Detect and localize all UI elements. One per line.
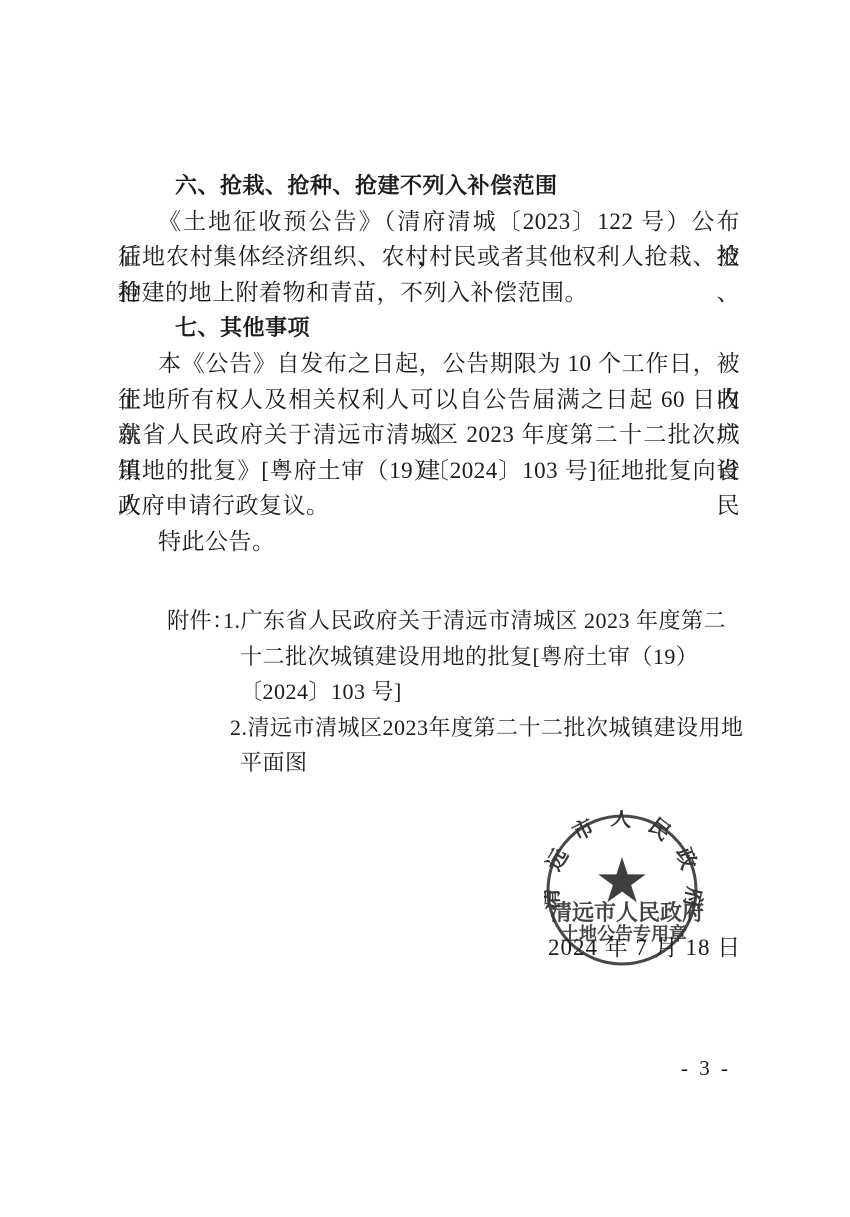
attachment-list: 附件： 1.广东省人民政府关于清远市清城区 2023 年度第二 十二批次城镇建设… bbox=[167, 603, 757, 781]
attachment-item1-line2: 十二批次城镇建设用地的批复[粤府土审（19） bbox=[167, 639, 757, 675]
paragraph-line: 用地的批复》[粤府土审（19）〔2024〕103 号]征地批复向省人民 bbox=[118, 453, 740, 489]
attachment-item1-line1: 1.广东省人民政府关于清远市清城区 2023 年度第二 bbox=[223, 603, 726, 639]
attachment-item2-line1: 2.清远市清城区2023年度第二十二批次城镇建设用地 bbox=[167, 710, 757, 746]
attachment-item1-line3: 〔2024〕103 号] bbox=[167, 674, 757, 710]
attachment-label: 附件： bbox=[167, 603, 223, 639]
issue-date: 2024 年 7 月 18 日 bbox=[548, 929, 741, 962]
attachment-item2-line2: 平面图 bbox=[167, 745, 757, 781]
announcement-body: 六、抢栽、抢种、抢建不列入补偿范围 《土地征收预公告》（清府清城〔2023〕12… bbox=[118, 168, 740, 560]
paragraph-line: 东省人民政府关于清远市清城区 2023 年度第二十二批次城镇建设 bbox=[118, 417, 740, 453]
paragraph-line: 《土地征收预公告》（清府清城〔2023〕122 号）公布后，被 bbox=[118, 204, 740, 240]
section-heading-7: 七、其他事项 bbox=[118, 310, 740, 346]
paragraph-line: 土地所有权人及相关权利人可以自公告届满之日起 60 日内就《广 bbox=[118, 382, 740, 418]
paragraph-line: 征地农村集体经济组织、农村村民或者其他权利人抢栽、抢种、 bbox=[118, 239, 740, 275]
section-heading-6: 六、抢栽、抢种、抢建不列入补偿范围 bbox=[118, 168, 740, 204]
page-number: - 3 - bbox=[681, 1056, 731, 1081]
paragraph-line: 本《公告》自发布之日起，公告期限为 10 个工作日，被征收 bbox=[118, 346, 740, 382]
document-page: 六、抢栽、抢种、抢建不列入补偿范围 《土地征收预公告》（清府清城〔2023〕12… bbox=[0, 0, 850, 1217]
closing-line: 特此公告。 bbox=[118, 524, 740, 560]
